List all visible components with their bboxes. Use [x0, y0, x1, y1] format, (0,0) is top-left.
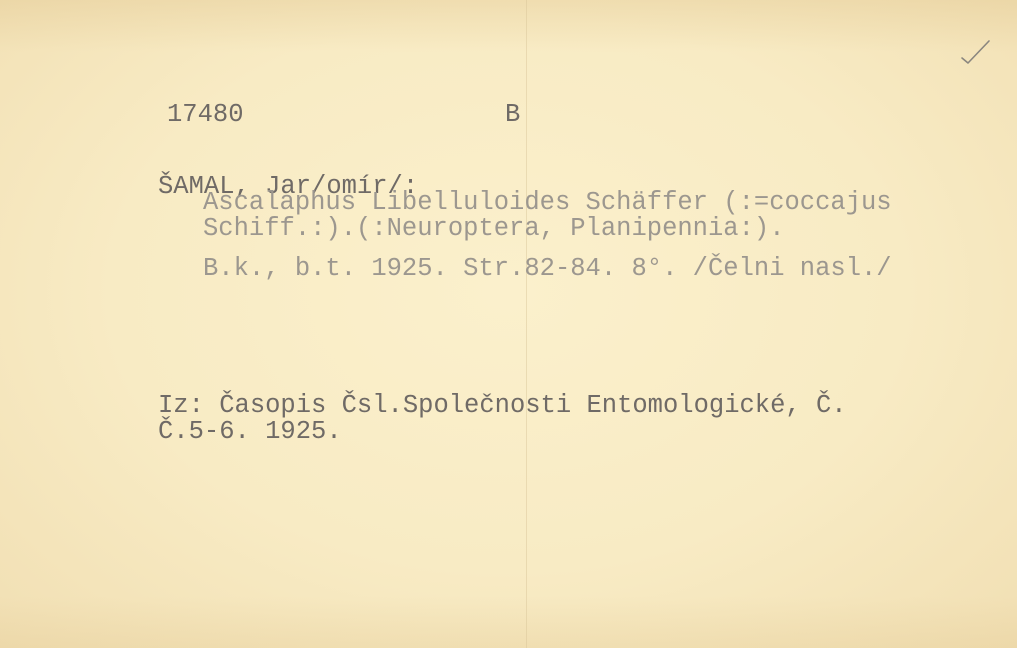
title-line-2: Schiff.:).(:Neuroptera, Planipennia:).: [203, 216, 785, 242]
source-line-2: Č.5-6. 1925.: [158, 419, 342, 445]
catalog-card: 17480 B ŠAMAL, Jar/omír/: Ascalaphus Lib…: [0, 0, 1017, 648]
publication-details: B.k., b.t. 1925. Str.82-84. 8°. /Čelni n…: [203, 256, 892, 282]
classification-letter: B: [505, 102, 520, 128]
checkmark-icon: [958, 38, 992, 66]
title-line-1: Ascalaphus Libelluloides Schäffer (:=coc…: [203, 190, 892, 216]
card-fold-line: [526, 0, 527, 648]
catalog-number: 17480: [167, 102, 244, 128]
source-line-1: Iz: Časopis Čsl.Společnosti Entomologick…: [158, 393, 847, 419]
